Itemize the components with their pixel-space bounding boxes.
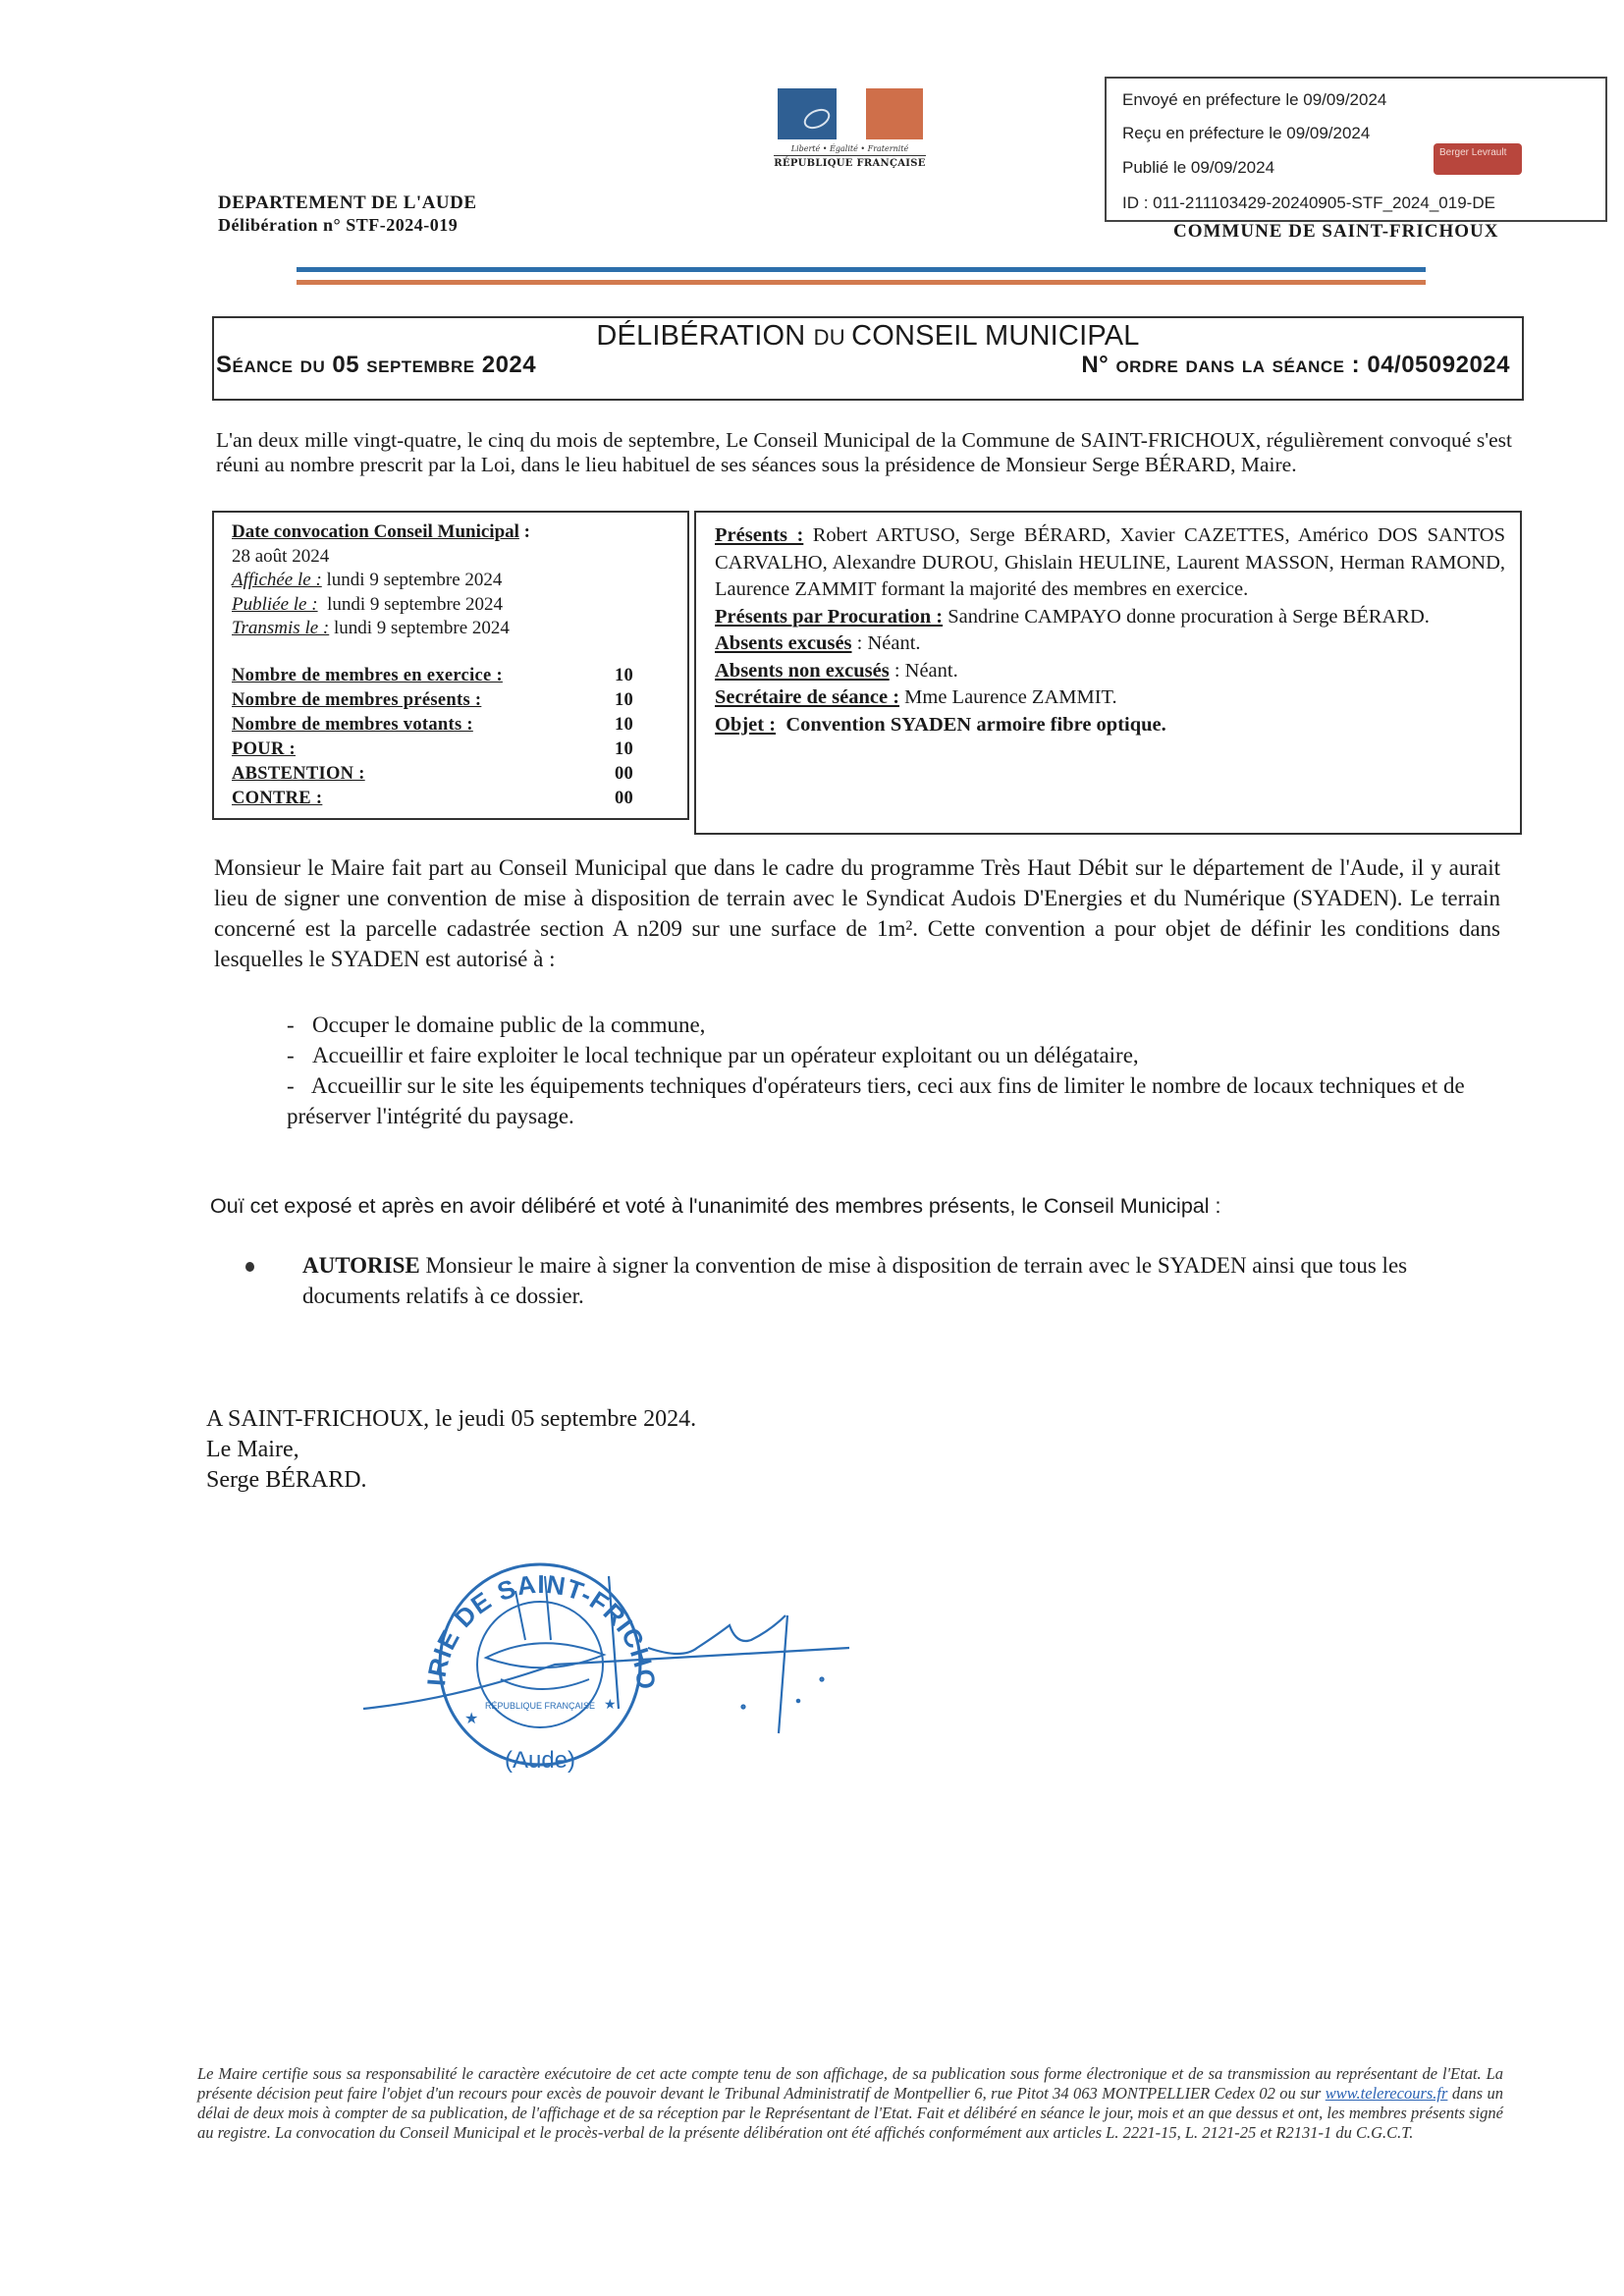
signoff-place-date: A SAINT-FRICHOUX, le jeudi 05 septembre … bbox=[206, 1404, 696, 1435]
count-value: 10 bbox=[615, 738, 644, 762]
convocation-label: Date convocation Conseil Municipal bbox=[232, 521, 519, 542]
seance-date: Séance du 05 septembre 2024 bbox=[216, 352, 536, 379]
document-title: DÉLIBÉRATION DU CONSEIL MUNICIPAL bbox=[214, 320, 1522, 353]
affichee-value: lundi 9 septembre 2024 bbox=[322, 570, 503, 590]
count-row: Nombre de membres votants :10 bbox=[232, 713, 644, 738]
convocation-box: Date convocation Conseil Municipal : 28 … bbox=[212, 511, 689, 820]
telerecours-link[interactable]: www.telerecours.fr bbox=[1326, 2084, 1448, 2103]
secretaire-label: Secrétaire de séance : bbox=[715, 686, 899, 708]
authorization-list: -Occuper le domaine public de la commune… bbox=[287, 1010, 1504, 1131]
signoff-name: Serge BÉRARD. bbox=[206, 1465, 696, 1496]
dash-icon: - bbox=[287, 1040, 312, 1070]
count-label: CONTRE : bbox=[232, 787, 322, 811]
count-row: ABSTENTION :00 bbox=[232, 762, 644, 787]
procuration-label: Présents par Procuration : bbox=[715, 606, 943, 628]
transmis-value: lundi 9 septembre 2024 bbox=[329, 618, 510, 638]
count-value: 10 bbox=[615, 664, 644, 688]
logo-motto: Liberté • Égalité • Fraternité bbox=[774, 144, 926, 156]
title-box: DÉLIBÉRATION DU CONSEIL MUNICIPAL Séance… bbox=[212, 316, 1524, 401]
signoff-role: Le Maire, bbox=[206, 1435, 696, 1465]
conclusion-text: Ouï cet exposé et après en avoir délibér… bbox=[210, 1194, 1220, 1219]
seal-stamp-icon: MAIRIE DE SAINT-FRICHOUX RÉPUBLIQUE FRAN… bbox=[358, 1532, 869, 1787]
prefecture-stamp: Envoyé en préfecture le 09/09/2024 Reçu … bbox=[1105, 77, 1607, 222]
svg-text:★: ★ bbox=[464, 1711, 478, 1727]
count-row: Nombre de membres en exercice :10 bbox=[232, 664, 644, 688]
stamp-received: Reçu en préfecture le 09/09/2024 bbox=[1122, 124, 1370, 143]
svg-text:RÉPUBLIQUE FRANÇAISE: RÉPUBLIQUE FRANÇAISE bbox=[485, 1701, 595, 1711]
republique-francaise-logo: Liberté • Égalité • Fraternité RÉPUBLIQU… bbox=[774, 88, 926, 169]
decision-item: AUTORISE Monsieur le maire à signer la c… bbox=[245, 1250, 1492, 1311]
department-name: DEPARTEMENT DE L'AUDE bbox=[218, 191, 477, 214]
transmis-label: Transmis le : bbox=[232, 618, 329, 638]
commune-name: COMMUNE DE SAINT-FRICHOUX bbox=[1173, 221, 1498, 243]
stamp-published: Publié le 09/09/2024 bbox=[1122, 158, 1274, 178]
presents-value: Robert ARTUSO, Serge BÉRARD, Xavier CAZE… bbox=[715, 524, 1505, 600]
ordre-number: N° ordre dans la séance : 04/05092024 bbox=[1081, 352, 1510, 379]
stamp-id: ID : 011-211103429-20240905-STF_2024_019… bbox=[1122, 193, 1495, 213]
count-value: 00 bbox=[615, 787, 644, 811]
count-value: 10 bbox=[615, 688, 644, 713]
absents-non-excuses-label: Absents non excusés bbox=[715, 660, 890, 682]
count-label: Nombre de membres en exercice : bbox=[232, 664, 503, 688]
list-item: - Accueillir sur le site les équipements… bbox=[287, 1070, 1504, 1131]
marianne-logo-icon bbox=[778, 88, 923, 139]
count-value: 00 bbox=[615, 762, 644, 787]
absents-non-excuses-value: : Néant. bbox=[890, 660, 958, 682]
dash-icon: - bbox=[287, 1010, 312, 1040]
affichee-label: Affichée le : bbox=[232, 570, 322, 590]
decision-text: Monsieur le maire à signer la convention… bbox=[302, 1253, 1407, 1308]
decision-keyword: AUTORISE bbox=[302, 1253, 420, 1278]
mairie-seal-and-signature: MAIRIE DE SAINT-FRICHOUX RÉPUBLIQUE FRAN… bbox=[358, 1532, 869, 1787]
count-label: POUR : bbox=[232, 738, 296, 762]
absents-excuses-value: : Néant. bbox=[852, 632, 921, 654]
legal-footer: Le Maire certifie sous sa responsabilité… bbox=[197, 2064, 1503, 2143]
count-label: Nombre de membres votants : bbox=[232, 713, 473, 738]
attendance-box: Présents : Robert ARTUSO, Serge BÉRARD, … bbox=[694, 511, 1522, 835]
intro-paragraph: L'an deux mille vingt-quatre, le cinq du… bbox=[216, 428, 1512, 477]
objet-value: Convention SYADEN armoire fibre optique. bbox=[776, 714, 1166, 736]
bullet-dot-icon bbox=[245, 1262, 254, 1272]
secretaire-value: Mme Laurence ZAMMIT. bbox=[899, 686, 1117, 708]
objet-label: Objet : bbox=[715, 714, 776, 736]
presents-label: Présents : bbox=[715, 524, 803, 546]
deliberation-number: Délibération n° STF-2024-019 bbox=[218, 214, 477, 237]
publiee-value: lundi 9 septembre 2024 bbox=[318, 594, 503, 615]
procuration-value: Sandrine CAMPAYO donne procuration à Ser… bbox=[943, 606, 1430, 628]
list-item: -Accueillir et faire exploiter le local … bbox=[287, 1040, 1504, 1070]
count-row: POUR :10 bbox=[232, 738, 644, 762]
dash-icon: - bbox=[287, 1073, 295, 1098]
count-row: CONTRE :00 bbox=[232, 787, 644, 811]
svg-text:★: ★ bbox=[604, 1698, 617, 1713]
absents-excuses-label: Absents excusés bbox=[715, 632, 852, 654]
header-rule-blue bbox=[297, 267, 1426, 272]
svg-text:(Aude): (Aude) bbox=[505, 1747, 575, 1774]
department-header: DEPARTEMENT DE L'AUDE Délibération n° ST… bbox=[218, 191, 477, 237]
list-item: -Occuper le domaine public de la commune… bbox=[287, 1010, 1504, 1040]
count-value: 10 bbox=[615, 713, 644, 738]
convocation-date: 28 août 2024 bbox=[232, 545, 644, 570]
count-label: Nombre de membres présents : bbox=[232, 688, 481, 713]
logo-name: RÉPUBLIQUE FRANÇAISE bbox=[774, 158, 926, 169]
count-row: Nombre de membres présents :10 bbox=[232, 688, 644, 713]
vote-counts: Nombre de membres en exercice :10Nombre … bbox=[232, 664, 644, 811]
berger-levrault-badge: Berger Levrault bbox=[1434, 143, 1522, 175]
header-rule-orange bbox=[297, 280, 1426, 285]
stamp-sent: Envoyé en préfecture le 09/09/2024 bbox=[1122, 90, 1386, 110]
body-paragraph: Monsieur le Maire fait part au Conseil M… bbox=[214, 852, 1500, 974]
count-label: ABSTENTION : bbox=[232, 762, 365, 787]
signoff: A SAINT-FRICHOUX, le jeudi 05 septembre … bbox=[206, 1404, 696, 1496]
publiee-label: Publiée le : bbox=[232, 594, 318, 615]
